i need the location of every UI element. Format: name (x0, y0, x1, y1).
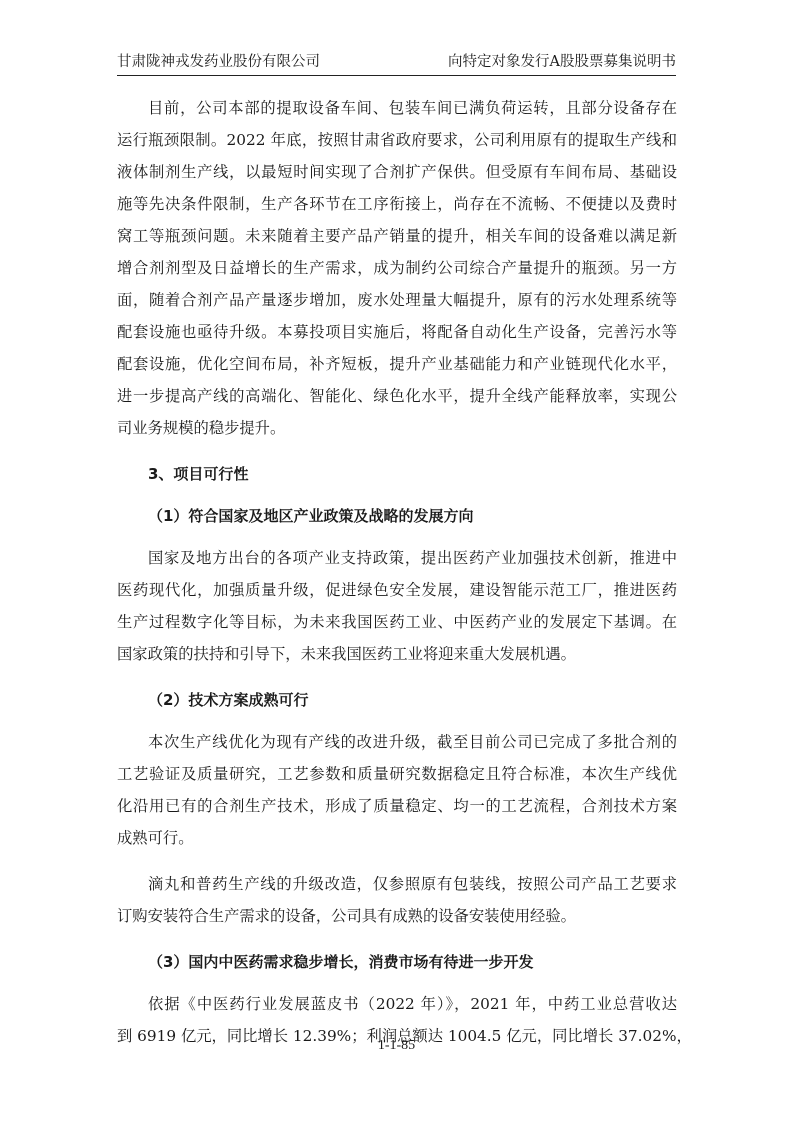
paragraph-policy: 国家及地方出台的各项产业支持政策，提出医药产业加强技术创新，推进中 医药现代化，… (117, 542, 677, 670)
text-line: 配套设施也亟待升级。本募投项目实施后，将配备自动化生产设备，完善污水等 (117, 316, 677, 348)
paragraph-technology: 本次生产线优化为现有产线的改进升级，截至目前公司已完成了多批合剂的 工艺验证及质… (117, 726, 677, 854)
text-line: 进一步提高产线的高端化、智能化、绿色化水平，提升全线产能释放率，实现公 (117, 380, 677, 412)
page-content: 目前，公司本部的提取设备车间、包装车间已满负荷运转，且部分设备存在 运行瓶颈限制… (117, 92, 677, 1052)
text-line: 国家及地方出台的各项产业支持政策，提出医药产业加强技术创新，推进中 (117, 542, 677, 574)
subsection-heading-technology: （2）技术方案成熟可行 (117, 684, 677, 716)
header-document-title: 向特定对象发行A股股票募集说明书 (448, 50, 676, 71)
text-line: 施等先决条件限制，生产各环节在工序衔接上，尚存在不流畅、不便捷以及费时 (117, 188, 677, 220)
subsection-heading-policy: （1）符合国家及地区产业政策及战略的发展方向 (117, 500, 677, 532)
paragraph-background: 目前，公司本部的提取设备车间、包装车间已满负荷运转，且部分设备存在 运行瓶颈限制… (117, 92, 677, 444)
text-line: 本次生产线优化为现有产线的改进升级，截至目前公司已完成了多批合剂的 (117, 726, 677, 758)
text-line: 生产过程数字化等目标，为未来我国医药工业、中医药产业的发展定下基调。在 (117, 606, 677, 638)
text-line: 成熟可行。 (117, 822, 677, 854)
text-line: 配套设施，优化空间布局，补齐短板，提升产业基础能力和产业链现代化水平， (117, 348, 677, 380)
text-line: 液体制剂生产线，以最短时间实现了合剂扩产保供。但受原有车间布局、基础设 (117, 156, 677, 188)
text-line: 化沿用已有的合剂生产技术，形成了质量稳定、均一的工艺流程，合剂技术方案 (117, 790, 677, 822)
text-line: 面，随着合剂产品产量逐步增加，废水处理量大幅提升，原有的污水处理系统等 (117, 284, 677, 316)
text-line: 国家政策的扶持和引导下，未来我国医药工业将迎来重大发展机遇。 (117, 638, 677, 670)
text-line: 医药现代化，加强质量升级，促进绿色安全发展，建设智能示范工厂，推进医药 (117, 574, 677, 606)
section-heading-feasibility: 3、项目可行性 (117, 458, 677, 490)
subsection-heading-demand: （3）国内中医药需求稳步增长，消费市场有待进一步开发 (117, 946, 677, 978)
text-line: 增合剂剂型及日益增长的生产需求，成为制约公司综合产量提升的瓶颈。另一方 (117, 252, 677, 284)
text-line: 司业务规模的稳步提升。 (117, 412, 677, 444)
text-line: 窝工等瓶颈问题。未来随着主要产品产销量的提升，相关车间的设备难以满足新 (117, 220, 677, 252)
page-number: 1-1-85 (0, 1038, 793, 1054)
text-line: 滴丸和普药生产线的升级改造，仅参照原有包装线，按照公司产品工艺要求 (117, 868, 677, 900)
text-line: 订购安装符合生产需求的设备，公司具有成熟的设备安装使用经验。 (117, 900, 677, 932)
header-company-name: 甘肃陇神戎发药业股份有限公司 (117, 50, 320, 71)
page-header: 甘肃陇神戎发药业股份有限公司 向特定对象发行A股股票募集说明书 (117, 48, 676, 76)
text-line: 工艺验证及质量研究，工艺参数和质量研究数据稳定且符合标准，本次生产线优 (117, 758, 677, 790)
text-line: 运行瓶颈限制。2022 年底，按照甘肃省政府要求，公司利用原有的提取生产线和 (117, 124, 677, 156)
paragraph-equipment: 滴丸和普药生产线的升级改造，仅参照原有包装线，按照公司产品工艺要求 订购安装符合… (117, 868, 677, 932)
text-line: 目前，公司本部的提取设备车间、包装车间已满负荷运转，且部分设备存在 (117, 92, 677, 124)
text-line: 依据《中医药行业发展蓝皮书（2022 年）》，2021 年，中药工业总营收达 (117, 988, 677, 1020)
